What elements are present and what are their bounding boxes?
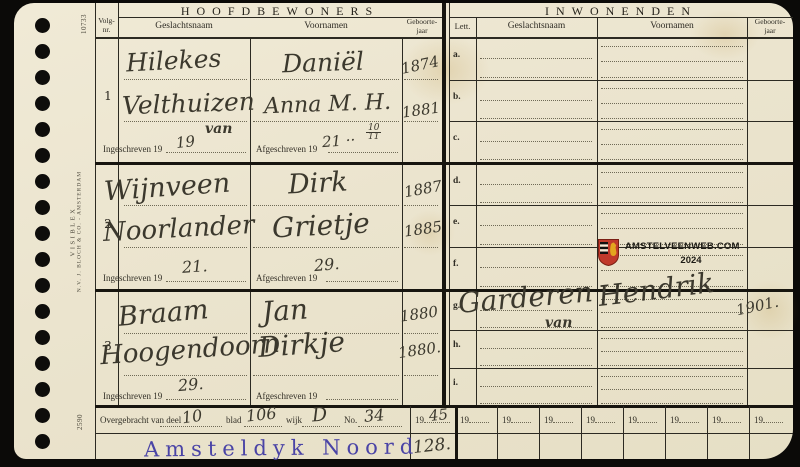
dotted-line	[358, 426, 402, 427]
column-header-volgnr: Volg- nr.	[95, 17, 118, 34]
punch-hole	[35, 226, 50, 241]
overgebracht-label: Overgebracht van deel	[100, 415, 181, 425]
rule	[539, 406, 540, 459]
dotted-line	[124, 247, 247, 248]
punch-hole	[35, 408, 50, 423]
rule	[95, 37, 442, 39]
row-letter: b.	[453, 92, 461, 102]
watermark-year: 2024	[625, 255, 757, 266]
no-entry: 34	[363, 407, 385, 425]
punch-hole	[35, 44, 50, 59]
ingeschreven-year-entry: 21.	[181, 258, 208, 276]
volgnr-1: 1	[100, 90, 116, 102]
ingeschreven-label-1: Ingeschreven 19	[103, 144, 162, 154]
dotted-line	[326, 399, 398, 400]
blad-label: blad	[226, 415, 242, 425]
punch-hole	[35, 382, 50, 397]
scanned-register-photo: 10733 VISIBLEX N.V. J. BLOCH & CO. - AMS…	[0, 0, 800, 467]
year-cell: 19	[712, 414, 741, 425]
dotted-line	[404, 121, 438, 122]
dotted-line	[326, 281, 398, 282]
address-stamp: Amsteldyk Noord	[144, 435, 420, 462]
year-prefix: 19	[754, 415, 763, 425]
punch-hole	[35, 18, 50, 33]
column-header-geslachtsnaam: Geslachtsnaam	[476, 21, 597, 31]
inwonenden-row-d: d.	[449, 164, 793, 205]
year-prefix: 19	[670, 415, 679, 425]
dotted-line	[253, 375, 399, 376]
punch-hole	[35, 200, 50, 215]
transfer-year-entry: 45	[428, 407, 449, 424]
year-prefix: 19	[712, 415, 721, 425]
printer-brand: VISIBLEX N.V. J. BLOCH & CO. - AMSTERDAM	[70, 152, 83, 312]
firstnames-entry: Jan	[261, 295, 309, 326]
afgeschreven-label-3: Afgeschreven 19	[256, 391, 317, 401]
dotted-line	[253, 121, 399, 122]
surname-entry: Noorlander	[102, 212, 255, 246]
column-header-geboortejaar-line2: jaar	[402, 27, 442, 36]
column-header-geslachtsnaam: Geslachtsnaam	[118, 21, 250, 31]
dotted-line	[253, 205, 399, 206]
year-cell: 19	[586, 414, 615, 425]
year-prefix: 19	[460, 415, 469, 425]
year-prefix: 19	[586, 415, 595, 425]
afgeschreven-year-entry: 21 ··	[322, 133, 356, 150]
rule	[707, 406, 708, 459]
dotted-line	[124, 79, 247, 80]
surname-entry: Hilekes	[125, 46, 222, 76]
dotted-line	[404, 205, 438, 206]
ingeschreven-year-entry: 19	[175, 134, 196, 151]
inwonenden-row-e: e.	[449, 205, 793, 247]
year-prefix: 19	[628, 415, 637, 425]
punch-hole	[35, 304, 50, 319]
amstelveen-crest-icon	[598, 239, 619, 266]
column-header-geboortejaar-line2: jaar	[747, 27, 793, 36]
dotted-line	[404, 375, 438, 376]
column-header-volgnr-line2: nr.	[95, 26, 118, 35]
surname-entry: Velthuizen	[122, 89, 256, 119]
ingeschreven-label-3: Ingeschreven 19	[103, 391, 162, 401]
year-cell: 19	[502, 414, 531, 425]
dotted-line	[253, 79, 399, 80]
dotted-line	[124, 205, 247, 206]
ingeschreven-year-entry: 29.	[177, 376, 204, 394]
surname-entry: Braam	[117, 296, 210, 331]
row-letter: i.	[453, 378, 458, 388]
firstnames-entry: Dirk	[287, 168, 348, 198]
dotted-line	[404, 247, 438, 248]
year-prefix: 19	[544, 415, 553, 425]
dotted-line	[166, 399, 246, 400]
hoofdbewoners-title: HOOFDBEWONERS	[118, 4, 442, 19]
punch-hole	[35, 70, 50, 85]
watermark-site: AMSTELVEENWEB.COM	[625, 241, 740, 252]
punch-hole	[35, 174, 50, 189]
date-month: 11	[368, 133, 379, 141]
row-letter: f.	[453, 259, 459, 269]
dotted-line	[302, 426, 340, 427]
serial-number-top: 10733	[80, 14, 88, 34]
punch-hole	[35, 356, 50, 371]
wijk-label: wijk	[286, 415, 302, 425]
punch-hole	[35, 148, 50, 163]
inwonenden-row-c: c.	[449, 121, 793, 162]
rule	[497, 406, 498, 459]
inwonenden-row-h: h.	[449, 330, 793, 368]
inwonenden-row-b: b.	[449, 80, 793, 121]
punch-hole	[35, 330, 50, 345]
column-header-voornamen: Voornamen	[250, 21, 402, 31]
name-prefix-entry: van	[205, 122, 232, 136]
year-prefix: 19	[502, 415, 511, 425]
punch-hole	[35, 96, 50, 111]
dotted-line	[404, 79, 438, 80]
inwonenden-row-i: i.	[449, 368, 793, 406]
inwonenden-title: INWONENDEN	[449, 4, 793, 19]
firstnames-entry: Dirkje	[257, 328, 346, 362]
no-label: No.	[344, 415, 357, 425]
column-header-lett: Lett.	[449, 21, 476, 31]
year-cell: 19	[544, 414, 573, 425]
name-prefix-entry: van	[545, 316, 572, 330]
dotted-line	[166, 281, 246, 282]
column-header-voornamen: Voornamen	[597, 21, 747, 31]
year-cell: 19	[670, 414, 699, 425]
blad-entry: 106	[245, 405, 277, 424]
deel-entry: 10	[181, 408, 203, 427]
dotted-line	[253, 247, 399, 248]
firstnames-entry: Daniël	[282, 49, 365, 77]
serial-number-bottom: 2590	[76, 414, 84, 430]
rule	[95, 3, 96, 459]
rule	[623, 406, 624, 459]
firstnames-entry: Anna M. H.	[264, 92, 392, 118]
column-header-geboortejaar: Geboorte- jaar	[402, 18, 442, 35]
wijk-entry: D	[311, 405, 328, 425]
inwonenden-row-a: a.	[449, 38, 793, 80]
punch-hole	[35, 278, 50, 293]
punch-hole	[35, 252, 50, 267]
year-cell: 19	[628, 414, 657, 425]
dotted-line	[166, 152, 246, 153]
brand-name: VISIBLEX	[70, 152, 77, 312]
column-header-geboortejaar: Geboorte- jaar	[747, 18, 793, 35]
row-letter: a.	[453, 50, 460, 60]
rule	[749, 406, 750, 459]
afgeschreven-date-fraction: 10 11	[366, 124, 381, 141]
rule	[455, 406, 458, 459]
row-letter: h.	[453, 340, 461, 350]
firstnames-entry: Grietje	[271, 209, 370, 242]
rule	[581, 406, 582, 459]
punch-hole	[35, 122, 50, 137]
afgeschreven-label-1: Afgeschreven 19	[256, 144, 317, 154]
dotted-line	[404, 333, 438, 334]
punch-hole	[35, 434, 50, 449]
year-cell: 19	[754, 414, 783, 425]
afgeschreven-label-2: Afgeschreven 19	[256, 273, 317, 283]
year-prefix: 19	[415, 415, 424, 425]
dotted-line	[328, 152, 398, 153]
row-letter: c.	[453, 133, 460, 143]
ingeschreven-label-2: Ingeschreven 19	[103, 273, 162, 283]
row-letter: e.	[453, 217, 460, 227]
rule	[665, 406, 666, 459]
dotted-line	[244, 426, 282, 427]
row-letter: d.	[453, 176, 461, 186]
brand-company: N.V. J. BLOCH & CO. - AMSTERDAM	[77, 152, 83, 312]
year-cell: 19	[460, 414, 489, 425]
center-divider-rule	[442, 3, 446, 406]
afgeschreven-year-entry: 29.	[313, 256, 340, 274]
